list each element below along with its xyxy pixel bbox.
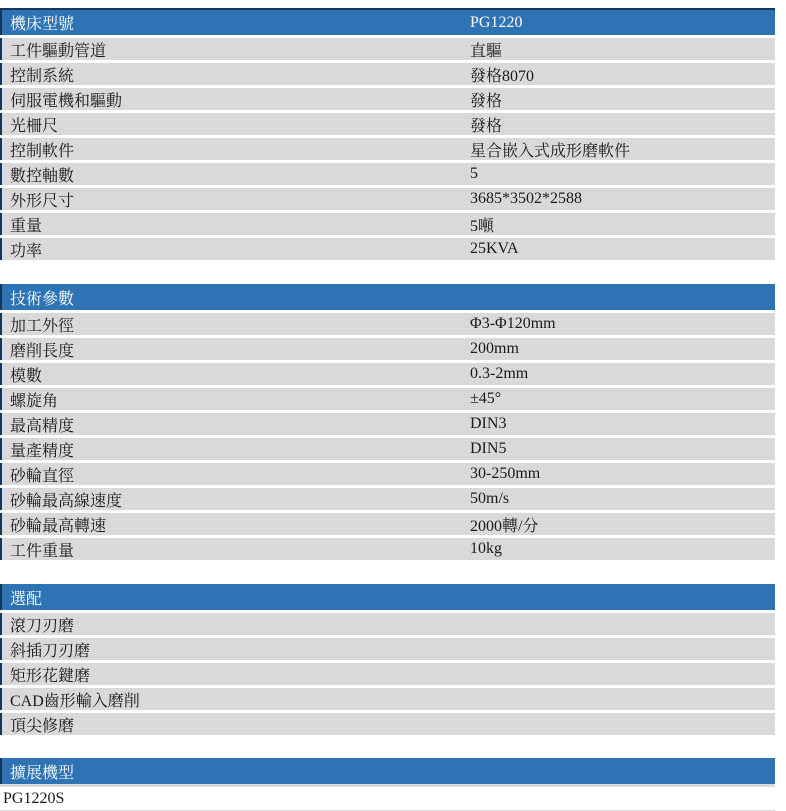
spec-row: 量產精度 DIN5 [0, 438, 775, 460]
section-title: 擴展機型 [10, 760, 462, 783]
spec-label: 光柵尺 [10, 113, 462, 136]
spec-label: 工件驅動管道 [10, 38, 462, 61]
spec-label: 斜插刀刃磨 [10, 638, 462, 661]
spec-label: 數控軸數 [10, 163, 462, 186]
spec-row: 最高精度 DIN3 [0, 413, 775, 435]
spec-value: DIN3 [462, 415, 775, 433]
spec-row: 工件驅動管道 直驅 [0, 38, 775, 60]
spec-value: DIN5 [462, 440, 775, 458]
spec-row: 伺服電機和驅動 發格 [0, 88, 775, 110]
spec-label: 頂尖修磨 [10, 713, 462, 736]
spec-row: 砂輪直徑 30-250mm [0, 463, 775, 485]
extended-model-value: PG1220S [3, 790, 64, 808]
spec-label: 螺旋角 [10, 388, 462, 411]
spec-value: 星合嵌入式成形磨軟件 [462, 138, 775, 161]
spec-value: 發格 [462, 88, 775, 111]
spec-value: 30-250mm [462, 465, 775, 483]
spec-label: 模數 [10, 363, 462, 386]
spec-row: CAD齒形輸入磨削 [0, 688, 775, 710]
spec-row: 磨削長度 200mm [0, 338, 775, 360]
spec-label: 砂輪最高線速度 [10, 488, 462, 511]
spec-row: 螺旋角 ±45° [0, 388, 775, 410]
spec-value: 3685*3502*2588 [462, 190, 775, 208]
spec-row: 重量 5噸 [0, 213, 775, 235]
spec-label: 外形尺寸 [10, 188, 462, 211]
spec-value: 發格8070 [462, 63, 775, 86]
machine-model-value: PG1220 [462, 14, 775, 32]
spec-label: 控制系統 [10, 63, 462, 86]
spec-value: 發格 [462, 113, 775, 136]
spec-row: 矩形花鍵磨 [0, 663, 775, 685]
spec-value: 直驅 [462, 38, 775, 61]
section-title: 選配 [10, 586, 462, 609]
section-header-technical-parameters: 技術參數 [0, 284, 775, 310]
spec-value: ±45° [462, 390, 775, 408]
section-title: 技術參數 [10, 286, 462, 309]
spec-label: 加工外徑 [10, 313, 462, 336]
spec-value: 10kg [462, 540, 775, 558]
extended-model-row: PG1220S [0, 784, 775, 811]
spec-label: 磨削長度 [10, 338, 462, 361]
section-header-machine-model: 機床型號 PG1220 [0, 8, 775, 35]
spec-label: 滾刀刃磨 [10, 613, 462, 636]
spec-row: 加工外徑 Φ3-Φ120mm [0, 313, 775, 335]
spec-row: 斜插刀刃磨 [0, 638, 775, 660]
spec-row: 功率 25KVA [0, 238, 775, 260]
spec-row: 數控軸數 5 [0, 163, 775, 185]
spec-row: 控制系統 發格8070 [0, 63, 775, 85]
spec-row: 砂輪最高轉速 2000轉/分 [0, 513, 775, 535]
spec-label: CAD齒形輸入磨削 [10, 688, 462, 711]
spec-row: 頂尖修磨 [0, 713, 775, 735]
spec-value: 50m/s [462, 490, 775, 508]
spec-value: 0.3-2mm [462, 365, 775, 383]
spec-row: 滾刀刃磨 [0, 613, 775, 635]
section-title: 機床型號 [10, 11, 462, 34]
spec-label: 矩形花鍵磨 [10, 663, 462, 686]
spec-row: 工件重量 10kg [0, 538, 775, 560]
section-header-extended-model: 擴展機型 [0, 758, 775, 784]
spec-value: 5 [462, 165, 775, 183]
spec-label: 控制軟件 [10, 138, 462, 161]
spec-label: 重量 [10, 213, 462, 236]
machine-spec-table: 機床型號 PG1220 工件驅動管道 直驅 控制系統 發格8070 伺服電機和驅… [0, 8, 775, 811]
section-header-options: 選配 [0, 584, 775, 610]
spec-value: 200mm [462, 340, 775, 358]
spec-label: 功率 [10, 238, 462, 261]
spec-row: 光柵尺 發格 [0, 113, 775, 135]
spec-label: 最高精度 [10, 413, 462, 436]
spec-row: 控制軟件 星合嵌入式成形磨軟件 [0, 138, 775, 160]
spec-label: 量產精度 [10, 438, 462, 461]
spec-label: 砂輪直徑 [10, 463, 462, 486]
spec-label: 砂輪最高轉速 [10, 513, 462, 536]
spec-row: 砂輪最高線速度 50m/s [0, 488, 775, 510]
spec-value: 25KVA [462, 240, 775, 258]
spec-row: 模數 0.3-2mm [0, 363, 775, 385]
spec-value: Φ3-Φ120mm [462, 315, 775, 333]
spec-label: 工件重量 [10, 538, 462, 561]
spec-label: 伺服電機和驅動 [10, 88, 462, 111]
spec-row: 外形尺寸 3685*3502*2588 [0, 188, 775, 210]
spec-value: 5噸 [462, 213, 775, 236]
spec-value: 2000轉/分 [462, 513, 775, 536]
